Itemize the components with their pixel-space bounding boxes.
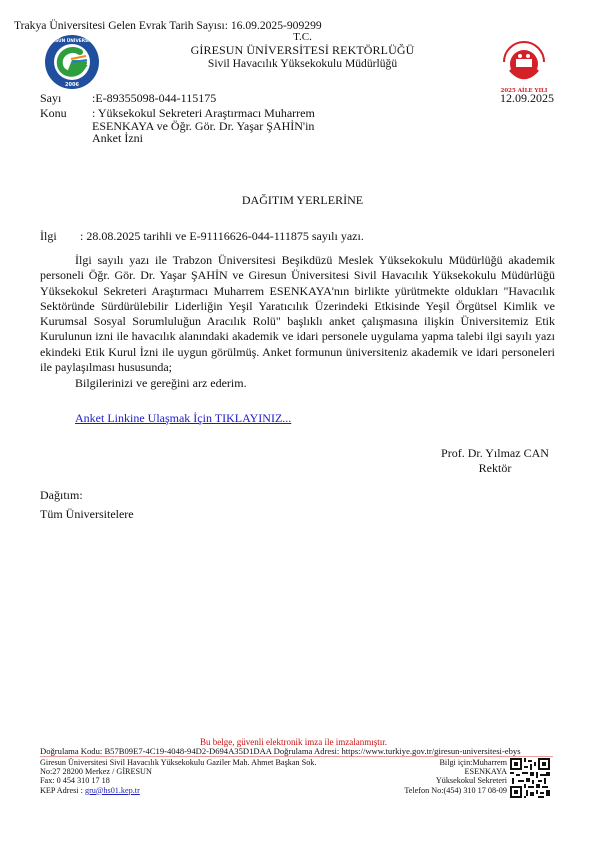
qr-code-icon: [510, 758, 550, 798]
footer-divider: [40, 756, 553, 757]
kep-line: KEP Adresi : gru@hs01.kep.tr: [40, 786, 316, 795]
letter-body: İlgi sayılı yazı ile Trabzon Üniversites…: [40, 253, 555, 392]
family-year-2025-logo-icon: 2025 AİLE YILI: [494, 40, 554, 94]
ilgi-label: İlgi: [40, 229, 80, 244]
addressee-heading: DAĞITIM YERLERİNE: [0, 193, 595, 208]
contact-line-4: Telefon No:(454) 310 17 08-09: [380, 786, 507, 795]
contact-line-1: Bilgi için:Muharrem: [380, 758, 507, 767]
svg-text:GİRESUN ÜNİVERSİTESİ: GİRESUN ÜNİVERSİTESİ: [44, 37, 100, 44]
document-date: 12.09.2025: [500, 91, 554, 106]
ilgi-value: : 28.08.2025 tarihli ve E-91116626-044-1…: [80, 229, 364, 243]
subject-row: Konu: Yüksekokul Sekreteri Araştırmacı M…: [40, 107, 332, 145]
closing-sentence: Bilgilerinizi ve gereğini arz ederim.: [40, 376, 555, 391]
konu-label: Konu: [40, 107, 92, 120]
distribution-value: Tüm Üniversitelere: [40, 507, 134, 522]
svg-text:2006: 2006: [65, 82, 79, 88]
footer-address-block: Giresun Üniversitesi Sivil Havacılık Yük…: [40, 758, 316, 795]
footer-contact-block: Bilgi için:Muharrem ESENKAYA Yüksekokul …: [380, 758, 507, 795]
fax-line: Fax: 0 454 310 17 18: [40, 776, 316, 785]
signer-name: Prof. Dr. Yılmaz CAN: [420, 446, 570, 461]
sayi-label: Sayı: [40, 92, 92, 105]
signer-title: Rektör: [420, 461, 570, 476]
address-line-1: Giresun Üniversitesi Sivil Havacılık Yük…: [40, 758, 316, 767]
verification-line: Doğrulama Kodu: B57B09E7-4C19-4048-94D2-…: [40, 746, 521, 756]
kep-label: KEP Adresi :: [40, 786, 85, 795]
sayi-value: :E-89355098-044-115175: [92, 91, 216, 105]
distribution-label: Dağıtım:: [40, 488, 83, 503]
giresun-university-logo-icon: 2006 GİRESUN ÜNİVERSİTESİ: [44, 34, 100, 90]
survey-link[interactable]: Anket Linkine Ulaşmak İçin TIKLAYINIZ...: [75, 411, 291, 426]
address-line-2: No:27 28200 Merkez / GİRESUN: [40, 767, 316, 776]
kep-address-link[interactable]: gru@hs01.kep.tr: [85, 786, 140, 795]
contact-line-3: Yüksekokul Sekreteri: [380, 776, 507, 785]
reference-row: İlgi: 28.08.2025 tarihli ve E-91116626-0…: [40, 229, 364, 244]
body-paragraph: İlgi sayılı yazı ile Trabzon Üniversites…: [40, 253, 555, 375]
contact-line-2: ESENKAYA: [380, 767, 507, 776]
reference-number-row: Sayı:E-89355098-044-115175: [40, 92, 216, 105]
konu-value: : Yüksekokul Sekreteri Araştırmacı Muhar…: [92, 107, 332, 145]
